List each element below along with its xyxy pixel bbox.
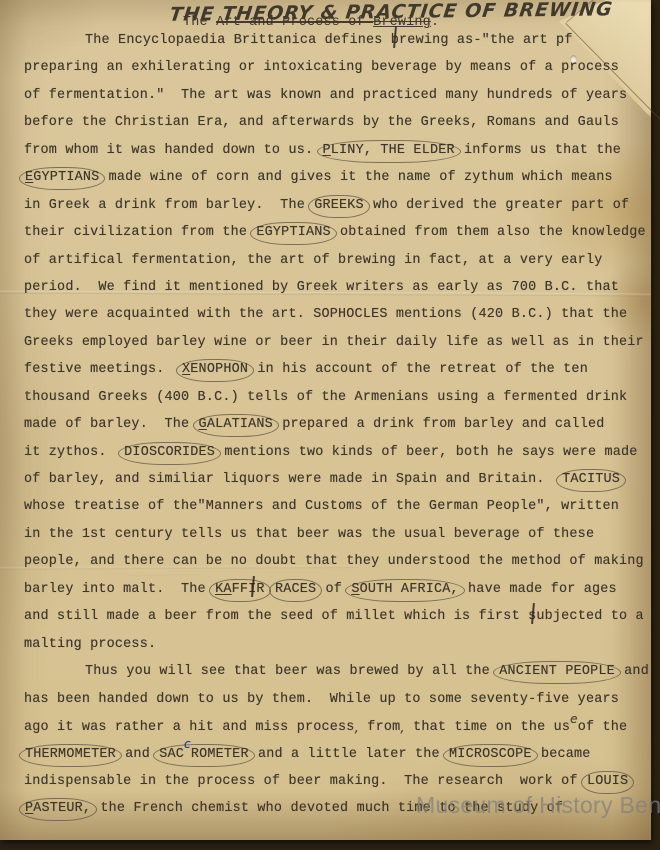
typed-text: Greeks employed barley wine or beer in t…: [24, 335, 644, 350]
watermark: Museum of History Benicia: [416, 792, 660, 819]
typed-text: of the: [578, 720, 628, 735]
typed-text: barley into malt. The: [24, 582, 214, 597]
pencil-circled-word: LOUIS: [581, 771, 634, 794]
typed-text: to a: [602, 609, 643, 624]
typed-line: people, and there can be no doubt that t…: [24, 548, 644, 575]
typed-text: of artifical fermentation, the art of br…: [24, 253, 602, 268]
typed-text: from whom it was handed down to us.: [24, 143, 322, 158]
typed-text: The Encyclopaedia Brittanica defines: [85, 33, 391, 48]
typed-text: informs us that the: [456, 143, 621, 158]
typed-text: and a little later the: [250, 747, 448, 762]
typed-text: in the 1st century tells us that beer wa…: [24, 527, 594, 542]
typed-text: it zythos.: [24, 445, 123, 460]
typed-line: THERMOMETER and SACcROMETER and a little…: [24, 740, 644, 767]
typed-line: in Greek a drink from barley. The GREEKS…: [24, 192, 644, 219]
typed-line: whose treatise of the"Manners and Custom…: [24, 493, 644, 520]
typed-text: thousand Greeks (400 B.C.) tells of the …: [24, 390, 627, 405]
pencil-circled-word: ANCIENT PEOPLE: [493, 661, 621, 684]
typed-text: prepared a drink from barley and called: [274, 417, 605, 432]
typed-text: whose treatise of the"Manners and Custom…: [24, 499, 619, 514]
typed-line: it zythos. DIOSCORIDES mentions two kind…: [24, 439, 644, 466]
pencil-circled-word: XENOPHON: [176, 359, 254, 382]
typed-text: who derived the greater part of: [365, 198, 629, 213]
pencil-circled-word: SOUTH AFRICA,: [345, 579, 464, 602]
typed-line: before the Christian Era, and afterwards…: [24, 109, 644, 136]
typed-line: has been handed down to us by them. Whil…: [24, 686, 644, 713]
typed-line: of artifical fermentation, the art of br…: [24, 247, 644, 274]
typed-text: in his account of the retreat of the ten: [249, 362, 588, 377]
typed-text: in Greek a drink from barley. The: [24, 198, 313, 213]
pencil-circled-word: EGYPTIANS: [250, 222, 336, 245]
pencil-circled-word: EGYPTIANS: [19, 167, 105, 190]
typed-line: in the 1st century tells us that beer wa…: [24, 521, 644, 548]
typed-text: mentions two kinds of beer, both he says…: [216, 445, 637, 460]
typed-text: malting process.: [24, 637, 156, 652]
pencil-circled-word: GALATIANS: [193, 414, 279, 437]
typed-line: preparing an exhilerating or intoxicatin…: [24, 54, 644, 81]
pencil-circled-word: DIOSCORIDES: [118, 442, 221, 465]
typed-line: malting process.: [24, 631, 644, 658]
typed-text: people, and there can be no doubt that t…: [24, 554, 644, 569]
handwritten-comma: ,: [355, 721, 359, 736]
pencil-circled-word: MICROSCOPE: [443, 744, 538, 767]
typed-text: that time on the us: [405, 720, 570, 735]
typed-text: their civilization from the: [24, 225, 255, 240]
typed-line: EGYPTIANS made wine of corn and gives it…: [24, 164, 644, 191]
typed-line: from whom it was handed down to us. PLIN…: [24, 137, 644, 164]
typed-text: became: [533, 747, 591, 762]
typed-text: ago it was rather a hit and miss process: [24, 720, 355, 735]
handwritten-insert-blue: c: [184, 737, 191, 751]
pencil-circled-word: THERMOMETER: [19, 744, 122, 767]
handwritten-insert: e: [570, 712, 578, 726]
pencil-circled-word: RACES: [269, 579, 322, 602]
typed-text: and still made a beer from the seed of m…: [24, 609, 528, 624]
typed-line: period. We find it mentioned by Greek wr…: [24, 274, 644, 301]
typed-text: subjected: [528, 609, 602, 624]
typed-line: their civilization from the EGYPTIANS ob…: [24, 219, 644, 246]
typed-line: they were acquainted with the art. SOPHO…: [24, 301, 644, 328]
typed-text: and: [616, 664, 649, 679]
typed-text: period. We find it mentioned by Greek wr…: [24, 280, 619, 295]
typed-line: of barley, and similiar liquors were mad…: [24, 466, 644, 493]
typed-line: barley into malt. The KAFFIR RACES of SO…: [24, 576, 644, 603]
pencil-circled-word: GREEKS: [308, 195, 370, 218]
typed-line: Greeks employed barley wine or beer in t…: [24, 329, 644, 356]
typed-text: from: [359, 720, 400, 735]
typed-lines: The Encyclopaedia Brittanica defines bre…: [24, 27, 644, 823]
typed-line: and still made a beer from the seed of m…: [24, 603, 644, 630]
typed-text: have made for ages: [460, 582, 617, 597]
typed-line: The Encyclopaedia Brittanica defines bre…: [24, 27, 644, 54]
typed-line: festive meetings. XENOPHON in his accoun…: [24, 356, 644, 383]
typed-text: they were acquainted with the art. SOPHO…: [24, 307, 627, 322]
typed-text: as-"the art pf: [449, 33, 573, 48]
typed-text: of fermentation." The art was known and …: [24, 88, 627, 103]
pencil-circled-word: PASTEUR,: [19, 798, 97, 821]
pencil-circled-word: TACITUS: [556, 469, 626, 492]
typed-text: brewing: [391, 33, 449, 48]
typed-text: Thus you will see that beer was brewed b…: [85, 664, 498, 679]
typed-line: of fermentation." The art was known and …: [24, 82, 644, 109]
typed-line: thousand Greeks (400 B.C.) tells of the …: [24, 384, 644, 411]
typed-text: made wine of corn and gives it the name …: [100, 170, 612, 185]
handwritten-comma: ,: [400, 721, 404, 736]
typed-text: festive meetings.: [24, 362, 181, 377]
typed-line: made of barley. The GALATIANS prepared a…: [24, 411, 644, 438]
pencil-circled-word: SACcROMETER: [153, 744, 254, 767]
pencil-circled-word: KAFFIR: [209, 579, 271, 602]
typed-text: before the Christian Era, and afterwards…: [24, 115, 619, 130]
typed-text: has been handed down to us by them. Whil…: [24, 692, 619, 707]
typed-text: indispensable in the process of beer mak…: [24, 774, 586, 789]
typed-text: obtained from them also the knowledge: [332, 225, 646, 240]
typed-text: made of barley. The: [24, 417, 198, 432]
pencil-circled-word: PLINY, THE ELDER: [317, 140, 461, 163]
typed-text: of barley, and similiar liquors were mad…: [24, 472, 561, 487]
typed-line: Thus you will see that beer was brewed b…: [24, 658, 644, 685]
typed-text: preparing an exhilerating or intoxicatin…: [24, 60, 619, 75]
typed-line: ago it was rather a hit and miss process…: [24, 713, 644, 740]
